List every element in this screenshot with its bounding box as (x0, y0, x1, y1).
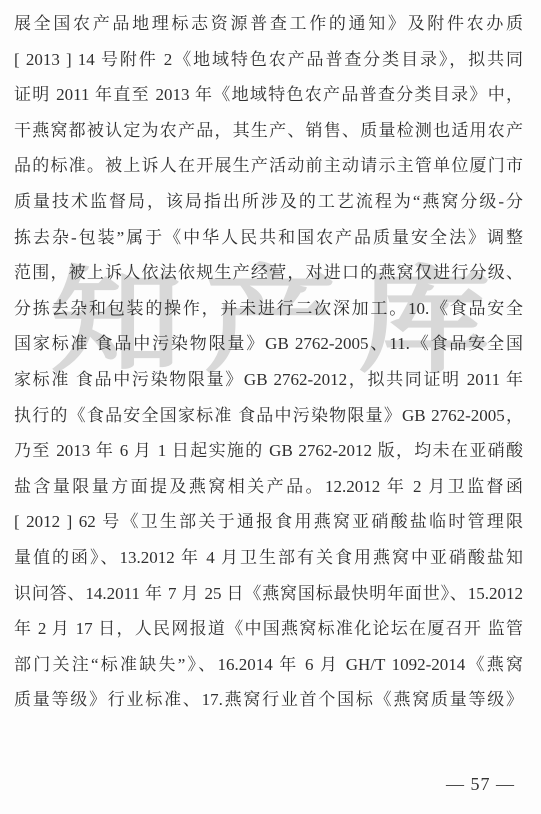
text-line: 范围，被上诉人依法依规生产经营，对进口的燕窝仅进行分级、 (14, 255, 523, 291)
text-line: 干燕窝都被认定为农产品，其生产、销售、质量检测也适用农产 (14, 113, 523, 149)
text-line: 国家标准 食品中污染物限量》GB 2762-2005、11.《食品安全国 (14, 326, 523, 362)
text-line: [ 2013 ] 14 号附件 2《地域特色农产品普查分类目录》，拟共同 (14, 42, 523, 78)
text-line: 年 2 月 17 日，人民网报道《中国燕窝标准化论坛在厦召开 监管 (14, 611, 523, 647)
text-line: 拣去杂-包装”属于《中华人民共和国农产品质量安全法》调整 (14, 220, 523, 256)
text-line: 证明 2011 年直至 2013 年《地域特色农产品普查分类目录》中， (14, 77, 523, 113)
text-line: 量值的函》、13.2012 年 4 月卫生部有关食用燕窝中亚硝酸盐知 (14, 540, 523, 576)
text-line: [ 2012 ] 62 号《卫生部关于通报食用燕窝亚硝酸盐临时管理限 (14, 504, 523, 540)
text-line: 展全国农产品地理标志资源普查工作的通知》及附件农办质 (14, 6, 523, 42)
text-line: 识问答、14.2011 年 7 月 25 日《燕窝国标最快明年面世》、15.20… (14, 576, 523, 612)
document-body: 展全国农产品地理标志资源普查工作的通知》及附件农办质 [ 2013 ] 14 号… (14, 6, 523, 718)
text-line: 分拣去杂和包装的操作，并未进行二次深加工。10.《食品安全 (14, 291, 523, 327)
page-number: — 57 — (446, 774, 515, 795)
text-line: 质量技术监督局，该局指出所涉及的工艺流程为“燕窝分级-分 (14, 184, 523, 220)
text-line: 乃至 2013 年 6 月 1 日起实施的 GB 2762-2012 版，均未在… (14, 433, 523, 469)
text-line: 部门关注“标准缺失”》、16.2014 年 6 月 GH/T 1092-2014… (14, 647, 523, 683)
text-line: 品的标准。被上诉人在开展生产活动前主动请示主管单位厦门市 (14, 148, 523, 184)
document-page: 知产库 展全国农产品地理标志资源普查工作的通知》及附件农办质 [ 2013 ] … (0, 0, 541, 814)
text-line: 质量等级》行业标准、17.燕窝行业首个国标《燕窝质量等级》 (14, 682, 523, 718)
text-line: 盐含量限量方面提及燕窝相关产品。12.2012 年 2 月卫监督函 (14, 469, 523, 505)
text-line: 家标准 食品中污染物限量》GB 2762-2012，拟共同证明 2011 年 (14, 362, 523, 398)
text-line: 执行的《食品安全国家标准 食品中污染物限量》GB 2762-2005， (14, 398, 523, 434)
